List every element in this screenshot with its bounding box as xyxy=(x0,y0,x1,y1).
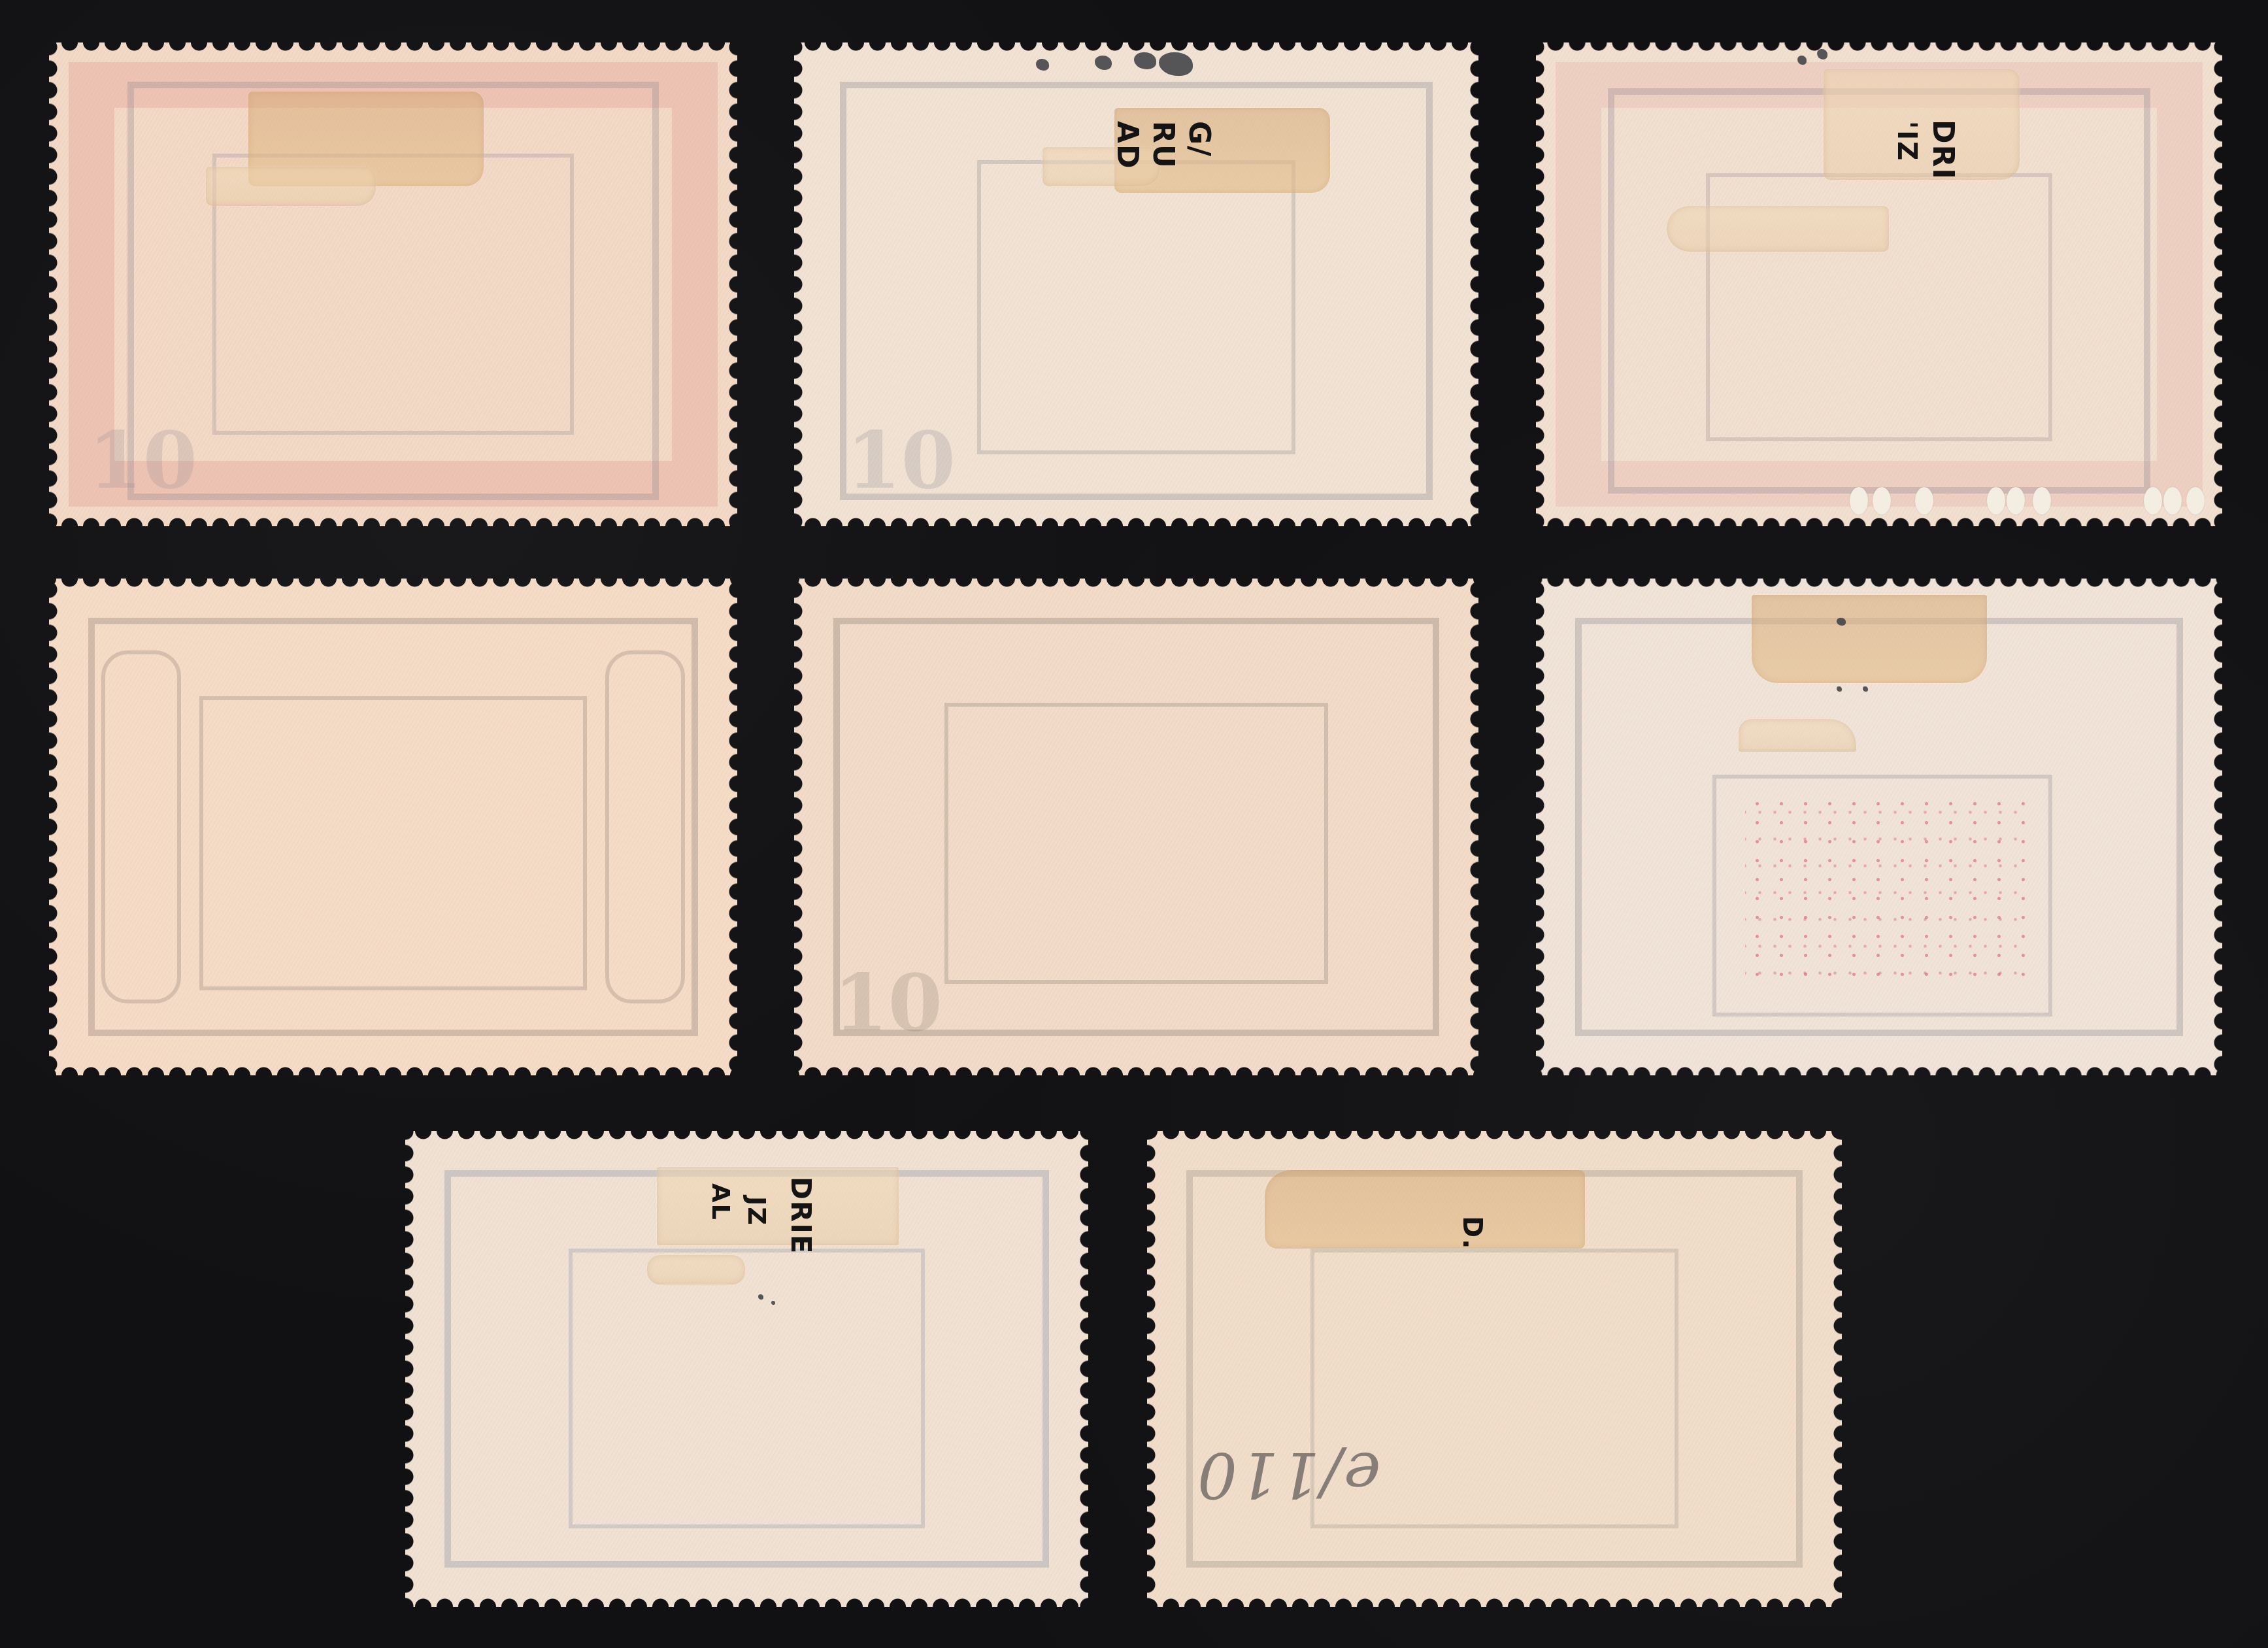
denomination-show-through: 10 xyxy=(846,414,956,507)
hinge-tail xyxy=(647,1255,745,1285)
dark-spot xyxy=(1159,52,1193,76)
dark-spot xyxy=(758,1294,763,1300)
stamp-8: D. e/110 xyxy=(1147,1131,1842,1607)
stamp-4 xyxy=(49,579,737,1075)
hinge-text-line-3: AD xyxy=(1110,121,1144,170)
paper-remnant xyxy=(2163,487,2182,514)
dark-spot xyxy=(1797,56,1807,65)
stamp-1: 10 xyxy=(49,42,737,526)
denomination-show-through: 10 xyxy=(88,414,197,507)
stamp-6 xyxy=(1536,579,2222,1075)
dark-spot xyxy=(1863,686,1868,692)
dark-spot xyxy=(771,1301,775,1305)
right-ornament-show-through xyxy=(605,650,685,1003)
hinge-text-line-1: 'IZ xyxy=(1892,121,1922,161)
dark-spot xyxy=(1134,52,1156,69)
stamp-paper xyxy=(1536,579,2222,1075)
paper-remnant xyxy=(1873,487,1891,514)
stamp-paper: D. e/110 xyxy=(1147,1131,1842,1607)
stamp-paper xyxy=(49,579,737,1075)
dark-spot xyxy=(1837,618,1846,626)
hinge xyxy=(1824,69,2020,180)
stamp-3: 'IZ DRI xyxy=(1536,42,2222,526)
hinge-text-line-2: JZ xyxy=(742,1196,771,1226)
stamp-paper: 'IZ DRI xyxy=(1536,42,2222,526)
hinge-tail xyxy=(1739,719,1856,752)
stamp-paper: G/ RU AD 10 xyxy=(794,42,1478,526)
hinge-tail xyxy=(1667,206,1889,252)
stamp-paper: AL JZ DRIE xyxy=(405,1131,1088,1607)
paper-remnant xyxy=(2007,487,2025,514)
hinge-tail xyxy=(206,167,376,206)
hinge xyxy=(657,1167,899,1245)
stamp-paper: 10 xyxy=(794,579,1478,1075)
hinge-text-line-2: RU xyxy=(1146,121,1180,169)
vignette-show-through xyxy=(944,703,1328,984)
dark-spot xyxy=(1095,56,1112,70)
stamp-5: 10 xyxy=(794,579,1478,1075)
vignette-show-through xyxy=(569,1249,925,1528)
hinge-text-line-2: DRI xyxy=(1926,120,1959,180)
paper-remnant xyxy=(2144,487,2162,514)
pencil-notation: e/110 xyxy=(1196,1438,1380,1511)
dark-spot xyxy=(1817,49,1827,59)
stamp-7: AL JZ DRIE xyxy=(405,1131,1088,1607)
hinge xyxy=(1752,595,1987,683)
stamp-2: G/ RU AD 10 xyxy=(794,42,1478,526)
dark-spot xyxy=(1837,686,1842,692)
stamp-paper: 10 xyxy=(49,42,737,526)
vignette-show-through xyxy=(977,160,1295,454)
hinge-text-line-1: AL xyxy=(707,1183,735,1221)
denomination-show-through: 10 xyxy=(833,957,942,1049)
paper-remnant xyxy=(2033,487,2051,514)
paper-remnant xyxy=(1850,487,1868,514)
paper-remnant xyxy=(2186,487,2205,514)
hinge-text-line-3: DRIE xyxy=(785,1177,817,1255)
left-ornament-show-through xyxy=(101,650,181,1003)
vignette-show-through xyxy=(199,696,587,990)
hinge-text-line-1: D. xyxy=(1457,1216,1487,1250)
paper-remnant xyxy=(1915,487,1933,514)
dark-spot xyxy=(1036,59,1049,71)
red-ink-show-through xyxy=(1745,794,2026,990)
hinge-text-line-1: G/ xyxy=(1182,121,1216,158)
hinge xyxy=(1265,1170,1585,1249)
paper-remnant xyxy=(1987,487,2005,514)
